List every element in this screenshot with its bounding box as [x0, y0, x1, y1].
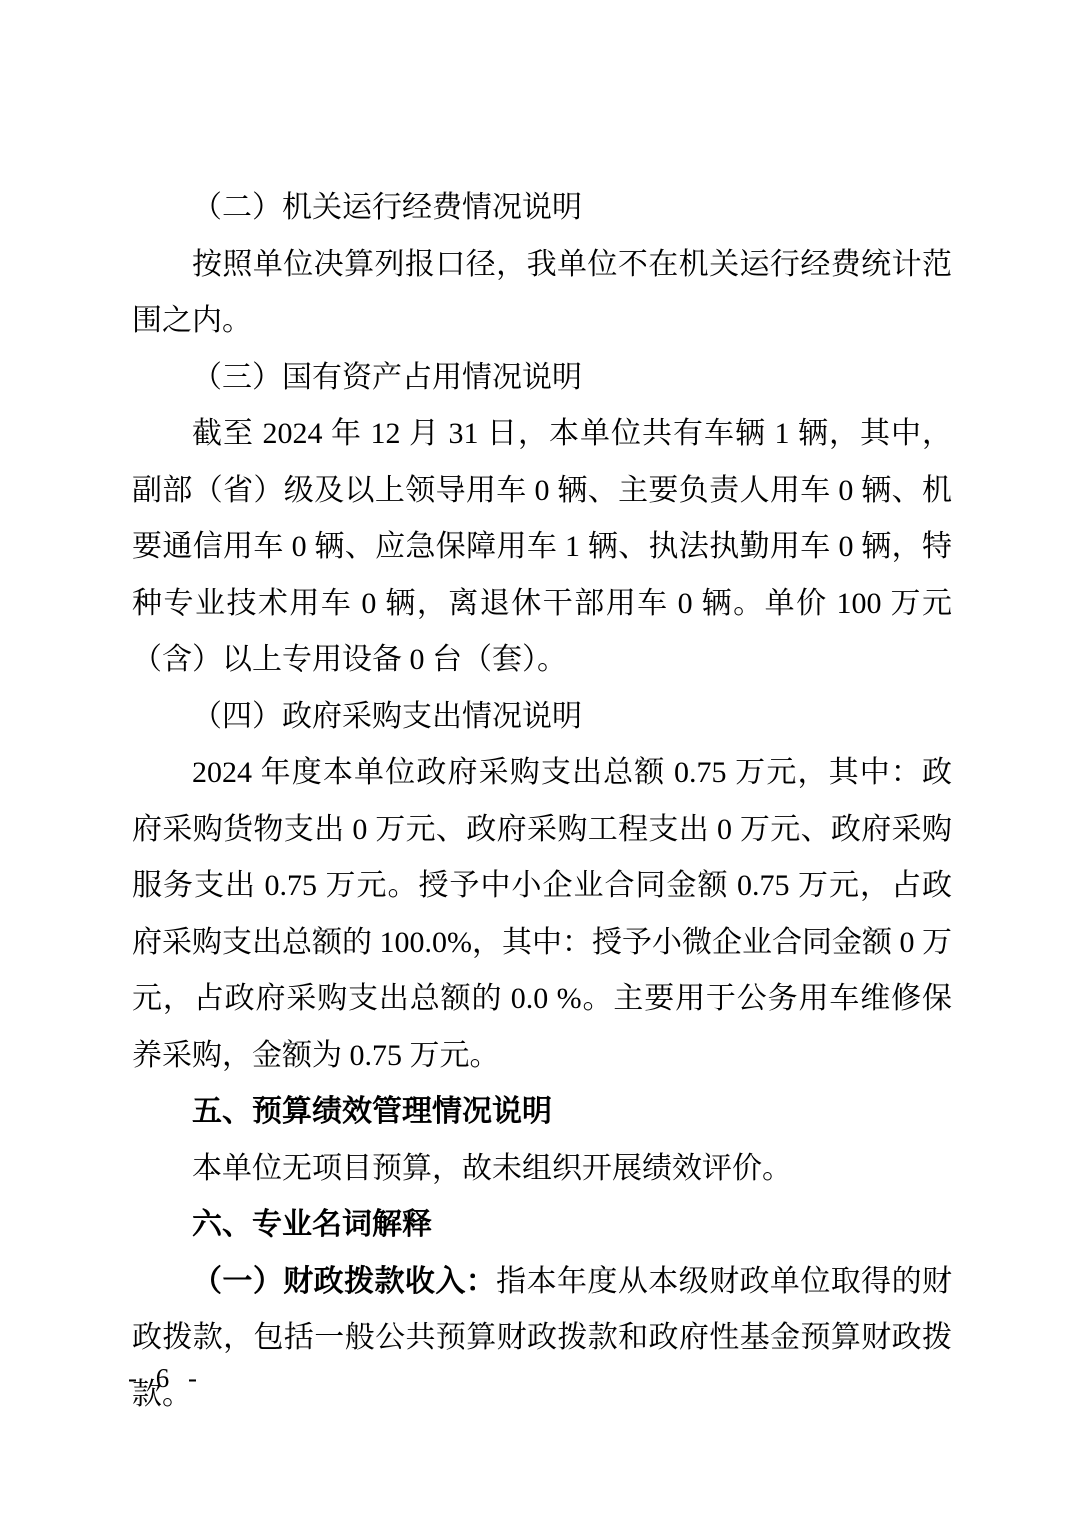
paragraph-state-assets: 截至 2024 年 12 月 31 日，本单位共有车辆 1 辆，其中，副部（省）…	[132, 406, 952, 689]
paragraph-term-definition: （一）财政拨款收入：指本年度从本级财政单位取得的财政拨款，包括一般公共预算财政拨…	[132, 1254, 952, 1424]
paragraph-performance-management: 本单位无项目预算，故未组织开展绩效评价。	[132, 1141, 952, 1198]
document-page-body: （二）机关运行经费情况说明 按照单位决算列报口径，我单位不在机关运行经费统计范围…	[132, 180, 952, 1423]
heading-section-5: 五、预算绩效管理情况说明	[132, 1084, 952, 1141]
paragraph-operating-expenses: 按照单位决算列报口径，我单位不在机关运行经费统计范围之内。	[132, 237, 952, 350]
paragraph-government-procurement: 2024 年度本单位政府采购支出总额 0.75 万元，其中：政府采购货物支出 0…	[132, 745, 952, 1084]
subheading-section-2: （二）机关运行经费情况说明	[132, 180, 952, 237]
subheading-section-4: （四）政府采购支出情况说明	[132, 689, 952, 746]
footer-page-number: - 6 -	[128, 1358, 203, 1398]
subheading-section-3: （三）国有资产占用情况说明	[132, 350, 952, 407]
term-label-fiscal-appropriation: （一）财政拨款收入：	[192, 1265, 496, 1298]
heading-section-6: 六、专业名词解释	[132, 1197, 952, 1254]
